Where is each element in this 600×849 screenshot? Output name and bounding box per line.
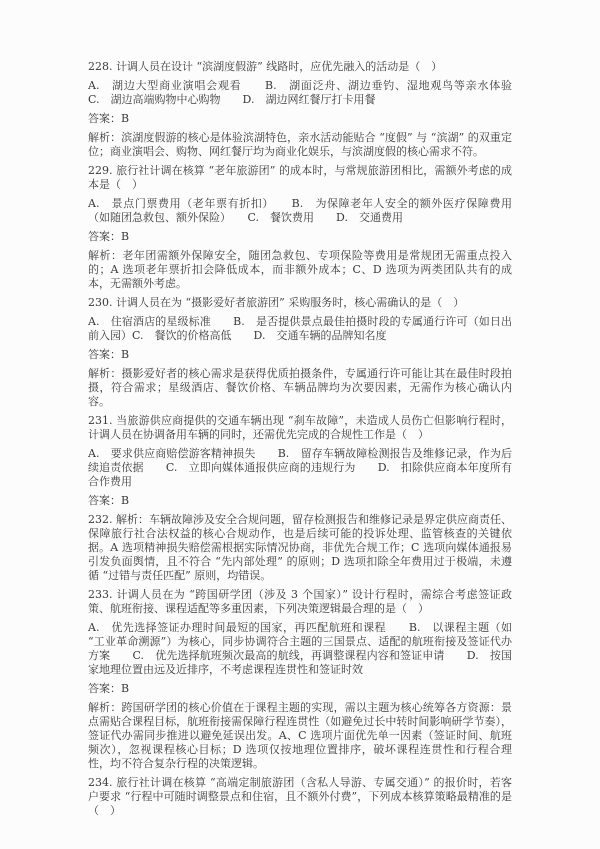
question-block-231: 231. 当旅游供应商提供的交通车辆出现 “刹车故障”，未造成人员伤亡但影响行程…	[88, 414, 512, 583]
question-block-229: 229. 旅行社计调在核算 “老年旅游团” 的成本时，与常规旅游团相比，需额外考…	[88, 164, 512, 291]
analysis-text: 解析：滨湖度假游的核心是体验滨湖特色，亲水活动能贴合 “度假” 与 “滨湖” 的…	[88, 131, 512, 159]
question-block-234: 234. 旅行社计调在核算 “高端定制旅游团（含私人导游、专属交通）” 的报价时…	[88, 776, 512, 818]
analysis-text: 解析：老年团需额外保障安全，随团急救包、专项保险等费用是常规团无需重点投入的；A…	[88, 249, 512, 291]
question-text: 233. 计调人员在为 “跨国研学团（涉及 3 个国家）” 设计行程时，需综合考…	[88, 588, 512, 616]
question-text: 229. 旅行社计调在核算 “老年旅游团” 的成本时，与常规旅游团相比，需额外考…	[88, 164, 512, 192]
question-block-233: 233. 计调人员在为 “跨国研学团（涉及 3 个国家）” 设计行程时，需综合考…	[88, 588, 512, 771]
answer-line: 答案：B	[88, 112, 512, 126]
question-block-228: 228. 计调人员在设计 “滨湖度假游” 线路时，应优先融入的活动是（ ） A.…	[88, 60, 512, 159]
analysis-text: 232. 解析：车辆故障涉及安全合规问题，留存检测报告和维修记录是界定供应商责任…	[88, 513, 512, 583]
document-page: 228. 计调人员在设计 “滨湖度假游” 线路时，应优先融入的活动是（ ） A.…	[0, 0, 600, 849]
answer-line: 答案：B	[88, 230, 512, 244]
answer-line: 答案：B	[88, 682, 512, 696]
question-options: A. 景点门票费用（老年票有折扣） B. 为保障老年人安全的额外医疗保障费用（如…	[88, 197, 512, 225]
analysis-text: 解析：跨国研学团的核心价值在于课程主题的实现，需以主题为核心统筹各方资源：景点需…	[88, 701, 512, 771]
question-block-230: 230. 计调人员在为 “摄影爱好者旅游团” 采购服务时，核心需确认的是（ ） …	[88, 296, 512, 409]
question-options: A. 住宿酒店的星级标准 B. 是否提供景点最佳拍摄时段的专属通行许可（如日出前…	[88, 315, 512, 343]
question-options: A. 要求供应商赔偿游客精神损失 B. 留存车辆故障检测报告及维修记录，作为后续…	[88, 447, 512, 489]
answer-line: 答案：B	[88, 348, 512, 362]
analysis-text: 解析：摄影爱好者的核心需求是获得优质拍摄条件，专属通行许可能让其在最佳时段拍摄，…	[88, 367, 512, 409]
question-text: 230. 计调人员在为 “摄影爱好者旅游团” 采购服务时，核心需确认的是（ ）	[88, 296, 512, 310]
question-text: 228. 计调人员在设计 “滨湖度假游” 线路时，应优先融入的活动是（ ）	[88, 60, 512, 74]
question-options: A. 湖边大型商业演唱会观看 B. 湖面泛舟、湖边垂钓、湿地观鸟等亲水体验 C.…	[88, 79, 512, 107]
question-options: A. 优先选择签证办理时间最短的国家，再匹配航班和课程 B. 以课程主题（如 “…	[88, 621, 512, 677]
question-text: 234. 旅行社计调在核算 “高端定制旅游团（含私人导游、专属交通）” 的报价时…	[88, 776, 512, 818]
answer-line: 答案：B	[88, 494, 512, 508]
question-text: 231. 当旅游供应商提供的交通车辆出现 “刹车故障”，未造成人员伤亡但影响行程…	[88, 414, 512, 442]
